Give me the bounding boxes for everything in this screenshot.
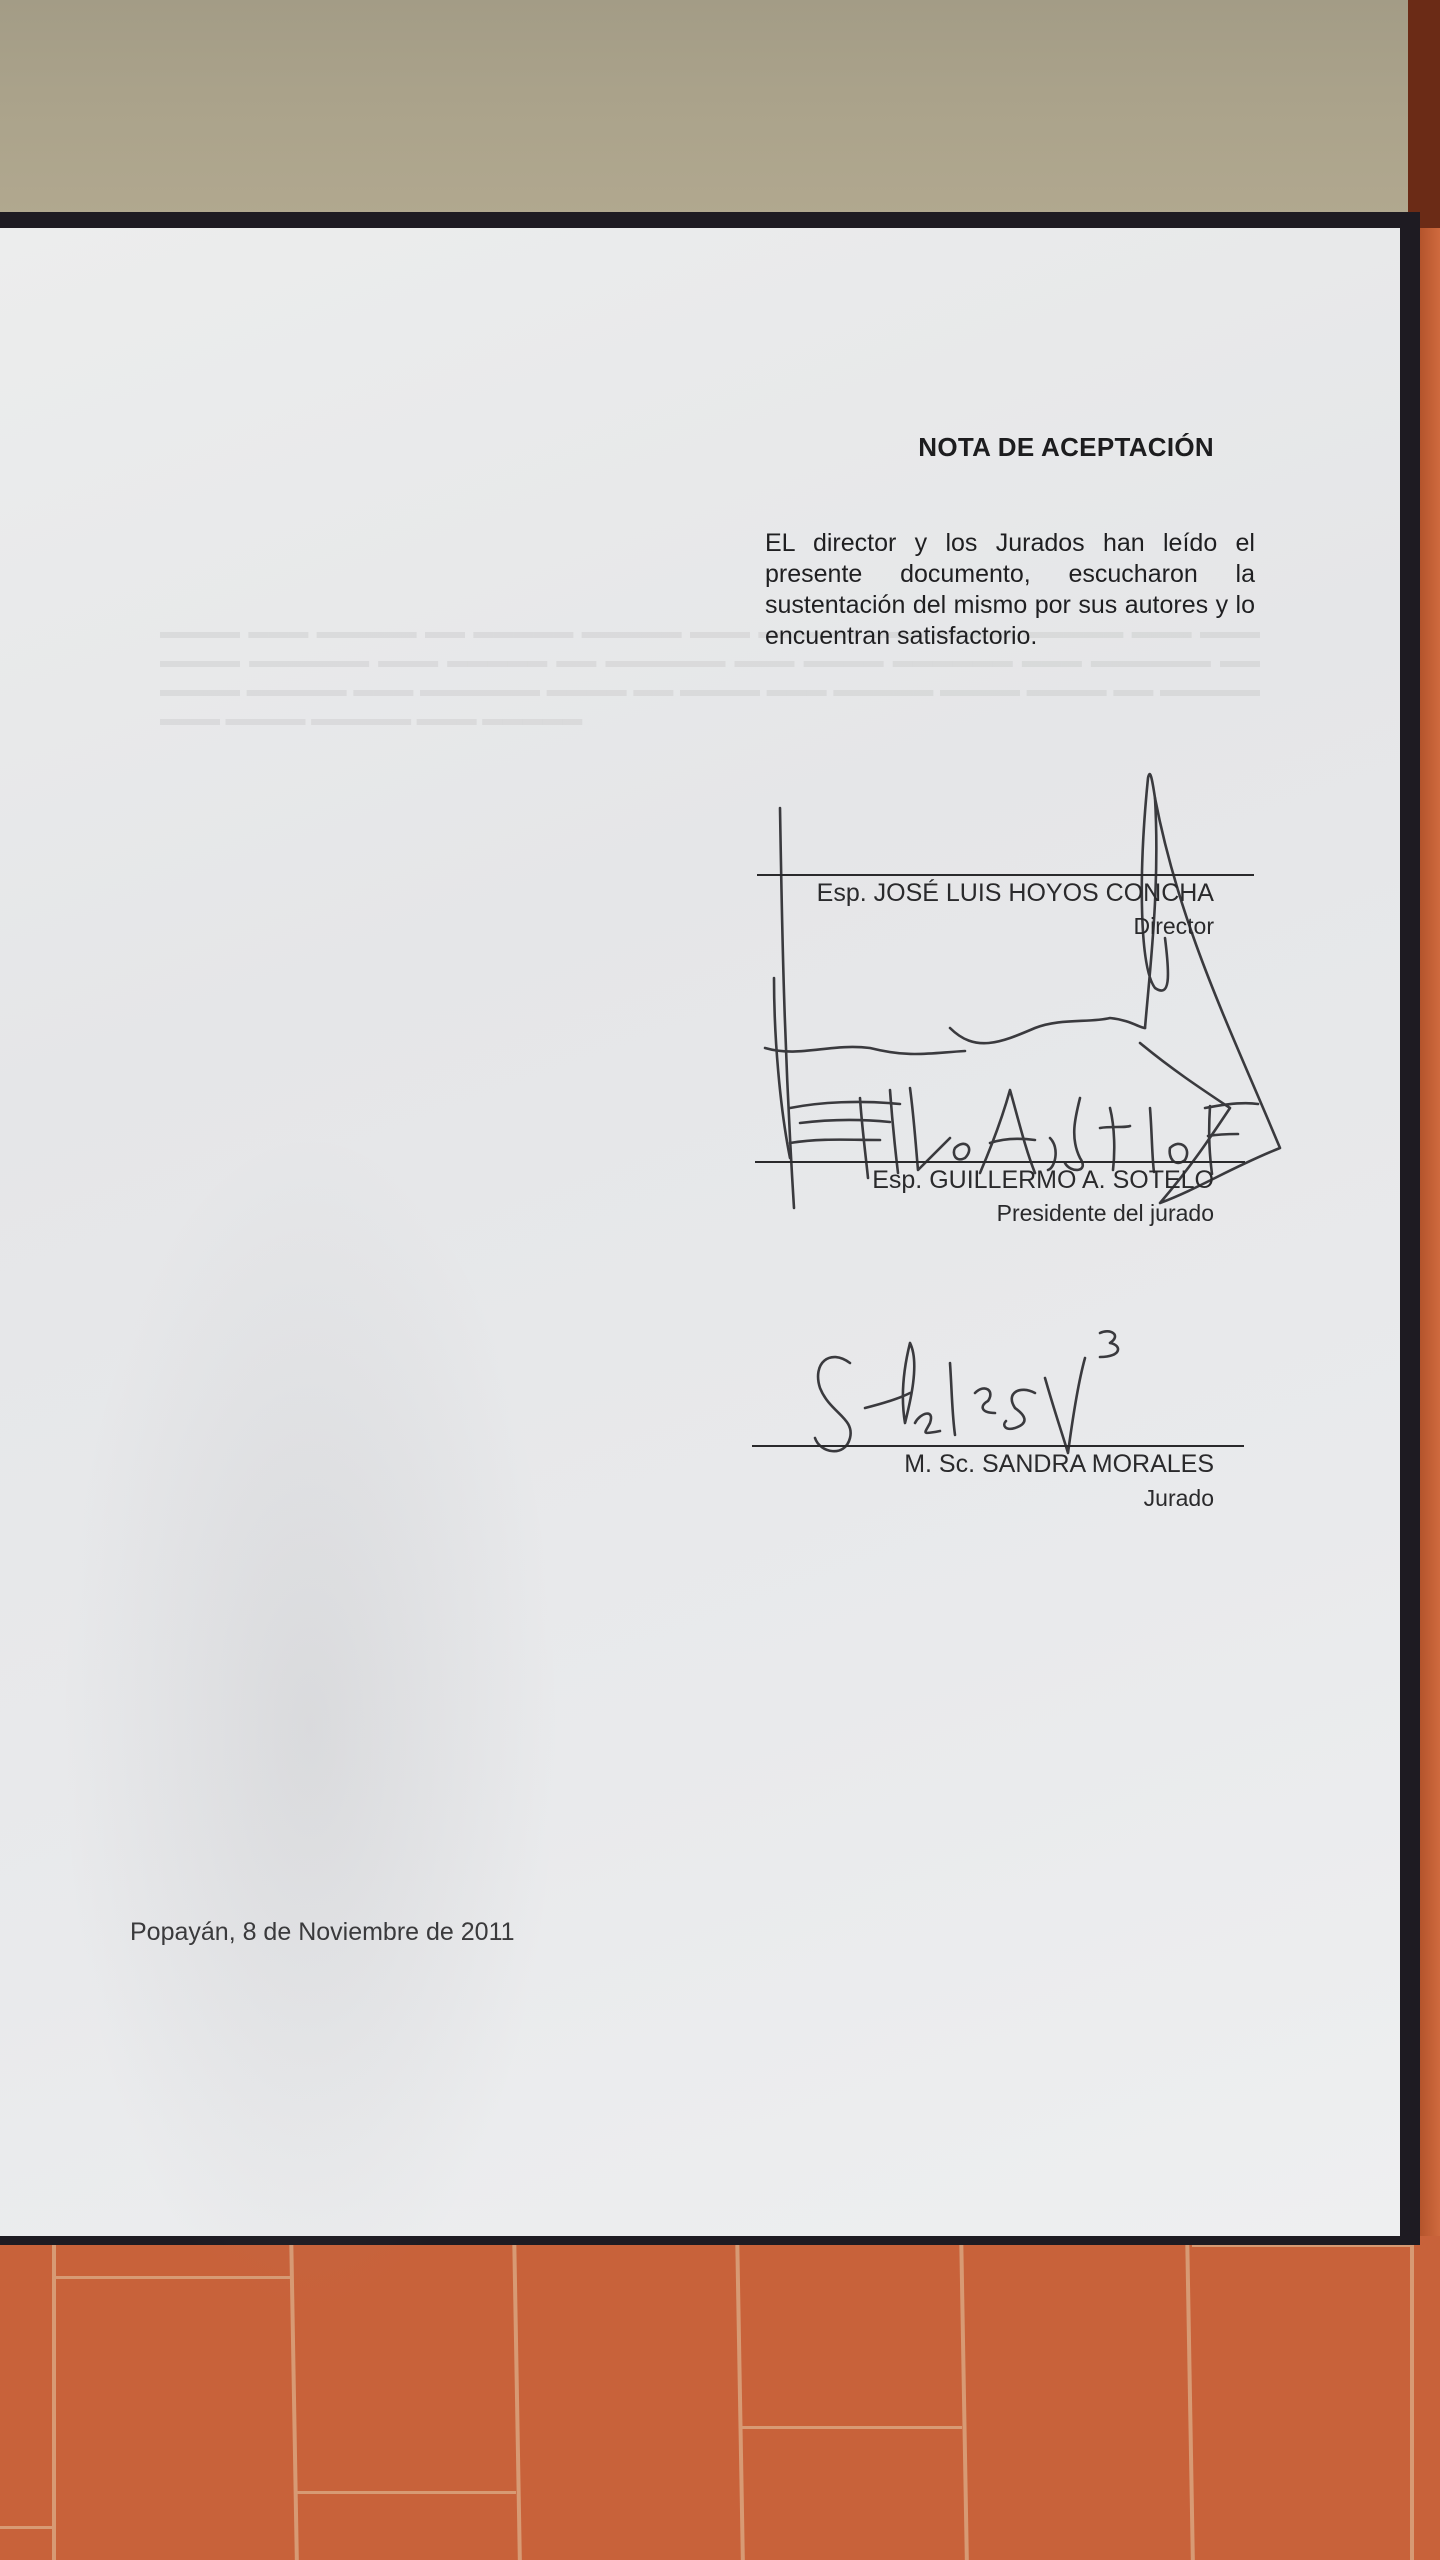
floor-strip-right xyxy=(1420,228,1440,2328)
place-and-date: Popayán, 8 de Noviembre de 2011 xyxy=(130,1918,515,1947)
signature-line-director xyxy=(757,874,1254,876)
signatory-name-jury: M. Sc. SANDRA MORALES xyxy=(904,1450,1214,1479)
page-shadow xyxy=(60,1128,560,2328)
signatory-name-director: Esp. JOSÉ LUIS HOYOS CONCHA xyxy=(817,879,1214,908)
signatory-role-jury: Jurado xyxy=(1144,1485,1214,1512)
signatory-name-president: Esp. GUILLERMO A. SOTELO xyxy=(872,1166,1214,1195)
wall-edge xyxy=(1408,0,1440,240)
wall-background xyxy=(0,0,1410,218)
document-page: ▬▬▬▬ ▬▬▬ ▬▬▬▬▬ ▬▬ ▬▬▬▬▬ ▬▬▬▬▬ ▬▬▬ ▬▬▬▬▬ … xyxy=(0,228,1400,2236)
page-title: NOTA DE ACEPTACIÓN xyxy=(918,432,1214,463)
signatory-role-director: Director xyxy=(1133,913,1214,940)
signature-jury xyxy=(810,1323,1170,1463)
signature-line-jury xyxy=(752,1445,1244,1447)
signatory-role-president: Presidente del jurado xyxy=(997,1200,1214,1227)
signature-line-president xyxy=(755,1161,1245,1163)
